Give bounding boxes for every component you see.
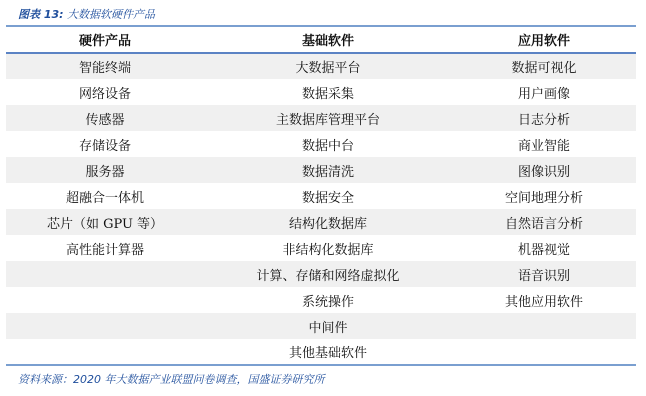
cell-application-software: 空间地理分析 bbox=[452, 183, 636, 209]
cell-hardware: 高性能计算器 bbox=[6, 235, 204, 261]
cell-hardware: 超融合一体机 bbox=[6, 183, 204, 209]
cell-application-software: 数据可视化 bbox=[452, 53, 636, 79]
caption-title: 大数据软硬件产品 bbox=[67, 8, 155, 21]
cell-application-software bbox=[452, 313, 636, 339]
cell-hardware: 存储设备 bbox=[6, 131, 204, 157]
figure-caption: 图表 13: 大数据软硬件产品 bbox=[18, 6, 155, 22]
caption-label: 图表 13: bbox=[18, 8, 64, 21]
cell-application-software: 机器视觉 bbox=[452, 235, 636, 261]
cell-hardware: 芯片（如 GPU 等） bbox=[6, 209, 204, 235]
table-row: 服务器 数据清洗 图像识别 bbox=[6, 157, 636, 183]
table-row: 存储设备 数据中台 商业智能 bbox=[6, 131, 636, 157]
cell-hardware bbox=[6, 287, 204, 313]
cell-application-software: 自然语言分析 bbox=[452, 209, 636, 235]
cell-base-software: 结构化数据库 bbox=[204, 209, 452, 235]
table-row: 系统操作 其他应用软件 bbox=[6, 287, 636, 313]
cell-hardware bbox=[6, 339, 204, 365]
cell-base-software: 数据清洗 bbox=[204, 157, 452, 183]
cell-hardware: 服务器 bbox=[6, 157, 204, 183]
cell-application-software: 商业智能 bbox=[452, 131, 636, 157]
table-row: 高性能计算器 非结构化数据库 机器视觉 bbox=[6, 235, 636, 261]
table-row: 智能终端 大数据平台 数据可视化 bbox=[6, 53, 636, 79]
cell-application-software: 用户画像 bbox=[452, 79, 636, 105]
table-row: 网络设备 数据采集 用户画像 bbox=[6, 79, 636, 105]
table-row: 超融合一体机 数据安全 空间地理分析 bbox=[6, 183, 636, 209]
cell-application-software bbox=[452, 339, 636, 365]
header-base-software: 基础软件 bbox=[204, 26, 452, 53]
table-row: 芯片（如 GPU 等） 结构化数据库 自然语言分析 bbox=[6, 209, 636, 235]
cell-base-software: 大数据平台 bbox=[204, 53, 452, 79]
header-hardware: 硬件产品 bbox=[6, 26, 204, 53]
cell-base-software: 主数据库管理平台 bbox=[204, 105, 452, 131]
table-row: 中间件 bbox=[6, 313, 636, 339]
cell-base-software: 数据采集 bbox=[204, 79, 452, 105]
cell-hardware bbox=[6, 313, 204, 339]
cell-base-software: 系统操作 bbox=[204, 287, 452, 313]
cell-base-software: 数据安全 bbox=[204, 183, 452, 209]
cell-base-software: 非结构化数据库 bbox=[204, 235, 452, 261]
header-application-software: 应用软件 bbox=[452, 26, 636, 53]
cell-base-software: 中间件 bbox=[204, 313, 452, 339]
source-note: 资料来源：2020 年大数据产业联盟问卷调查，国盛证券研究所 bbox=[18, 371, 325, 387]
cell-base-software: 计算、存储和网络虚拟化 bbox=[204, 261, 452, 287]
cell-hardware bbox=[6, 261, 204, 287]
cell-base-software: 数据中台 bbox=[204, 131, 452, 157]
table-row: 其他基础软件 bbox=[6, 339, 636, 365]
cell-hardware: 智能终端 bbox=[6, 53, 204, 79]
cell-application-software: 语音识别 bbox=[452, 261, 636, 287]
cell-base-software: 其他基础软件 bbox=[204, 339, 452, 365]
cell-hardware: 网络设备 bbox=[6, 79, 204, 105]
table-header-row: 硬件产品 基础软件 应用软件 bbox=[6, 26, 636, 53]
product-table: 硬件产品 基础软件 应用软件 智能终端 大数据平台 数据可视化 网络设备 数据采… bbox=[6, 25, 636, 366]
cell-application-software: 日志分析 bbox=[452, 105, 636, 131]
table-row: 传感器 主数据库管理平台 日志分析 bbox=[6, 105, 636, 131]
table-row: 计算、存储和网络虚拟化 语音识别 bbox=[6, 261, 636, 287]
cell-application-software: 其他应用软件 bbox=[452, 287, 636, 313]
cell-hardware: 传感器 bbox=[6, 105, 204, 131]
cell-application-software: 图像识别 bbox=[452, 157, 636, 183]
